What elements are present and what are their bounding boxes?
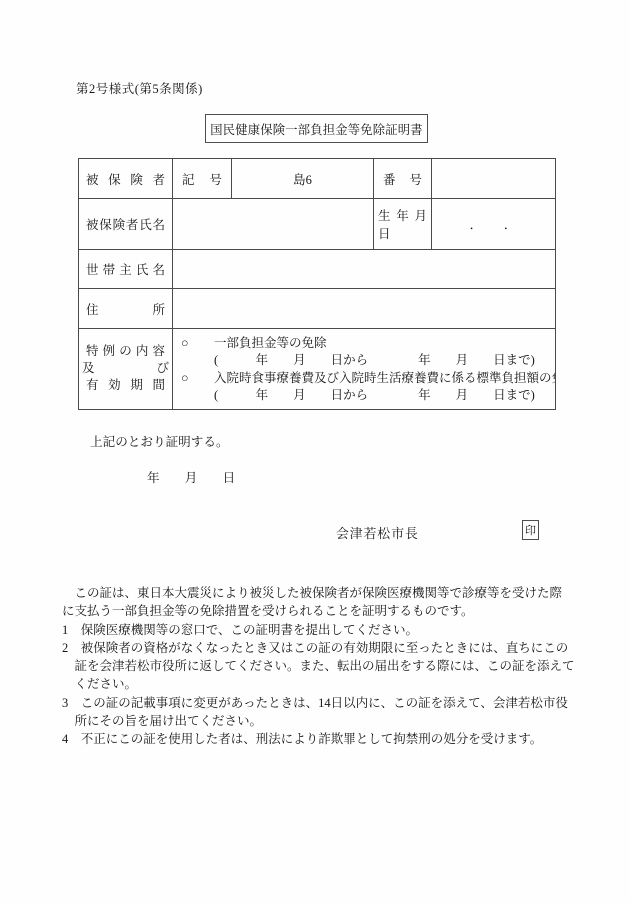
- circle-marker-icon: ○: [181, 335, 214, 352]
- special-label-line2: 及び: [79, 360, 172, 377]
- notes-block: この証は、東日本大震災により被災した被保険者が保険医療機関等で診療等を受けた際 …: [62, 584, 576, 749]
- certify-statement: 上記のとおり証明する。: [90, 431, 229, 450]
- number-value-cell: [432, 159, 556, 199]
- number-label: 番号: [374, 170, 431, 188]
- householder-name-label: 世帯主氏名: [79, 260, 172, 278]
- note-line: 3 この証の記載事項に変更があったときは、14日以内に、この証を添えて、会津若松…: [62, 694, 576, 712]
- certificate-table: 被保険者 記号 島6 番号 被保険者氏名 生年月日 ． ． 世帯主氏名 住所 特…: [78, 158, 556, 410]
- insured-label: 被保険者: [79, 170, 172, 188]
- special-content-cell: ○一部負担金等の免除 ( 年 月 日から 年 月 日まで) ○入院時食事療養費及…: [173, 329, 556, 410]
- table-row-insured-name: 被保険者氏名 生年月日 ． ．: [79, 199, 556, 250]
- insured-name-label: 被保険者氏名: [79, 215, 172, 233]
- exemption-item-1: ○一部負担金等の免除: [181, 335, 547, 352]
- certificate-title: 国民健康保険一部負担金等免除証明書: [210, 120, 422, 138]
- circle-marker-icon: ○: [181, 370, 214, 387]
- note-line: 4 不正にこの証を使用した者は、刑法により詐欺罪として拘禁刑の処分を受けます。: [62, 730, 576, 748]
- form-number: 第2号様式(第5条関係): [76, 79, 203, 97]
- birthdate-label: 生年月日: [374, 206, 431, 242]
- certificate-title-box: 国民健康保険一部負担金等免除証明書: [205, 114, 428, 143]
- special-label-line1: 特例の内容: [79, 343, 172, 360]
- note-line: ください。: [62, 675, 576, 693]
- note-line: 1 保険医療機関等の窓口で、この証明書を提出してください。: [62, 621, 576, 639]
- address-label: 住所: [79, 300, 172, 318]
- address-value-cell: [173, 289, 556, 329]
- special-label-cell: 特例の内容 及び 有効期間: [79, 329, 173, 410]
- issue-date-placeholder: 年 月 日: [147, 467, 235, 486]
- insured-name-value-cell: [173, 199, 374, 250]
- birthdate-value-cell: ． ．: [432, 199, 556, 250]
- note-line: 2 被保険者の資格がなくなったとき又はこの証の有効期限に至ったときには、直ちにこ…: [62, 639, 576, 657]
- symbol-label: 記号: [173, 170, 231, 188]
- exemption-item-1-text: 一部負担金等の免除: [214, 336, 327, 350]
- householder-name-value-cell: [173, 250, 556, 289]
- note-line: 証を会津若松市役所に返してください。また、転出の届出をする際には、この証を添えて: [62, 657, 576, 675]
- table-row-householder: 世帯主氏名: [79, 250, 556, 289]
- issuer-name: 会津若松市長: [336, 523, 419, 542]
- table-row-address: 住所: [79, 289, 556, 329]
- note-line: に支払う一部負担金等の免除措置を受けられることを証明するものです。: [62, 602, 576, 620]
- note-line: この証は、東日本大震災により被災した被保険者が保険医療機関等で診療等を受けた際: [62, 584, 576, 602]
- seal-mark: 印: [525, 522, 536, 538]
- symbol-value-cell: 島6: [232, 159, 374, 199]
- table-row-insured: 被保険者 記号 島6 番号: [79, 159, 556, 199]
- exemption-item-2: ○入院時食事療養費及び入院時生活療養費に係る標準負担額の免除: [181, 370, 547, 387]
- note-line: 所にその旨を届け出てください。: [62, 712, 576, 730]
- exemption-item-2-text: 入院時食事療養費及び入院時生活療養費に係る標準負担額の免除: [214, 371, 556, 385]
- table-row-special: 特例の内容 及び 有効期間 ○一部負担金等の免除 ( 年 月 日から 年 月 日…: [79, 329, 556, 410]
- seal-box: 印: [522, 520, 539, 540]
- certificate-page: 第2号様式(第5条関係) 国民健康保険一部負担金等免除証明書 被保険者 記号 島…: [0, 0, 630, 903]
- exemption-item-1-period: ( 年 月 日から 年 月 日まで): [181, 352, 547, 369]
- special-label-line3: 有効期間: [79, 377, 172, 394]
- exemption-item-2-period: ( 年 月 日から 年 月 日まで): [181, 387, 547, 404]
